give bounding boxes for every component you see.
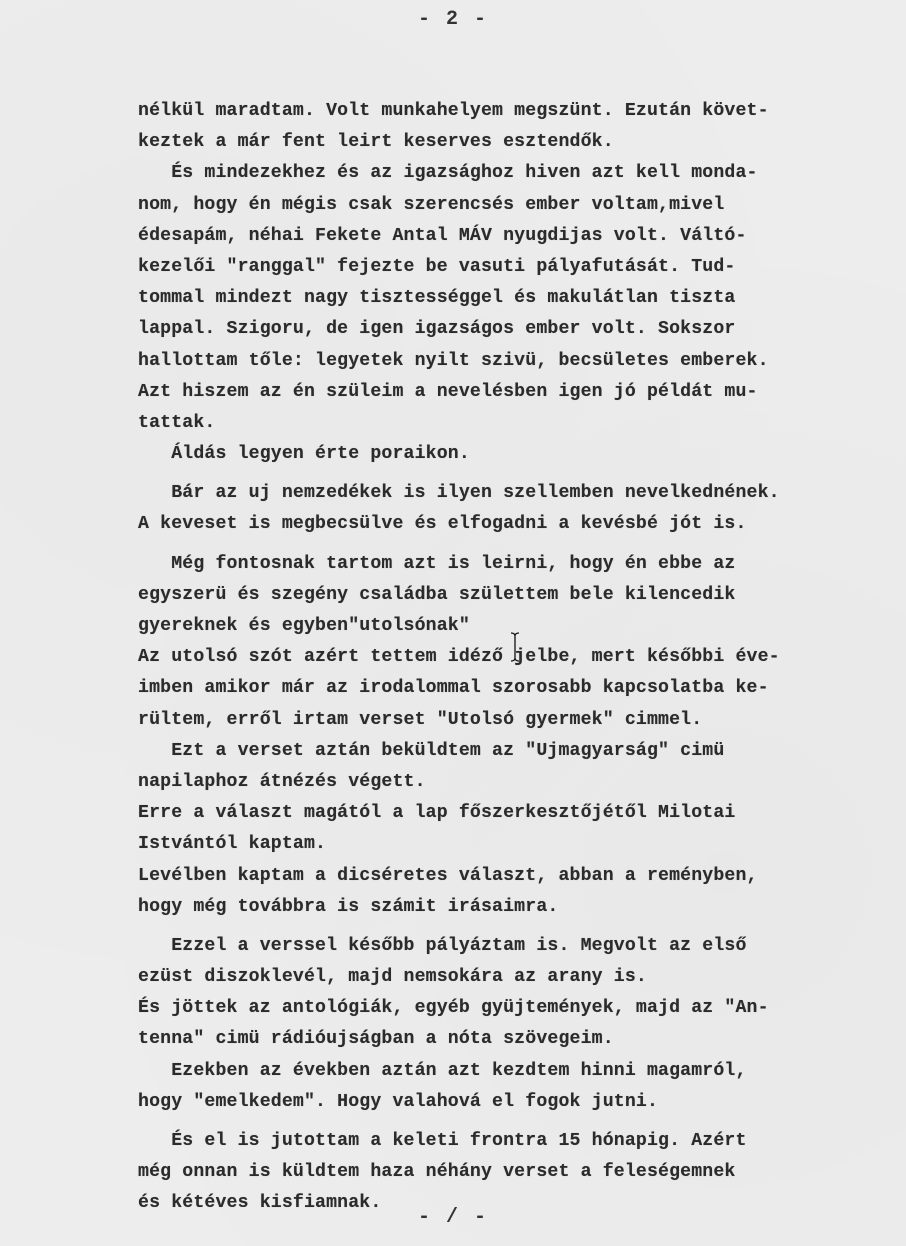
text-line: rültem, erről irtam verset "Utolsó gyerm… [138,705,858,736]
text-line: édesapám, néhai Fekete Antal MÁV nyugdij… [138,221,858,252]
text-line: hogy "emelkedem". Hogy valahová el fogok… [138,1087,858,1118]
text-line: Erre a választ magától a lap főszerkeszt… [138,798,858,829]
text-line: ezüst diszoklevél, majd nemsokára az ara… [138,962,858,993]
paragraph-gap [138,923,858,931]
text-line: Levélben kaptam a dicséretes választ, ab… [138,861,858,892]
text-line: És jöttek az antológiák, egyéb gyüjtemén… [138,993,858,1024]
text-line: lappal. Szigoru, de igen igazságos ember… [138,314,858,345]
page-footer-mark: - / - [0,1206,906,1229]
text-line: napilaphoz átnézés végett. [138,767,858,798]
paragraph-gap [138,1118,858,1126]
text-line: keztek a már fent leirt keserves esztend… [138,127,858,158]
paragraph-gap [138,541,858,549]
document-body[interactable]: nélkül maradtam. Volt munkahelyem megszü… [138,96,858,1220]
text-line: gyereknek és egyben"utolsónak" [138,611,858,642]
i-beam-cursor-icon [510,632,518,662]
text-line: kezelői "ranggal" fejezte be vasuti pály… [138,252,858,283]
text-line: Azt hiszem az én szüleim a nevelésben ig… [138,377,858,408]
text-line: Bár az uj nemzedékek is ilyen szellemben… [138,478,858,509]
text-line: A keveset is megbecsülve és elfogadni a … [138,509,858,540]
text-line: imben amikor már az irodalommal szorosab… [138,673,858,704]
text-line: tattak. [138,408,858,439]
text-line: tenna" cimü rádióujságban a nóta szövege… [138,1024,858,1055]
typewritten-page: - 2 - nélkül maradtam. Volt munkahelyem … [0,0,906,1246]
text-line: És el is jutottam a keleti frontra 15 hó… [138,1126,858,1157]
paragraph-gap [138,470,858,478]
text-line: Az utolsó szót azért tettem idéző jelbe,… [138,642,858,673]
text-line: tommal mindezt nagy tisztességgel és mak… [138,283,858,314]
text-line: Ezekben az években aztán azt kezdtem hin… [138,1056,858,1087]
text-line: Ezt a verset aztán beküldtem az "Ujmagya… [138,736,858,767]
text-line: Istvántól kaptam. [138,829,858,860]
text-line: Ezzel a verssel később pályáztam is. Meg… [138,931,858,962]
text-line: És mindezekhez és az igazsághoz hiven az… [138,158,858,189]
text-line: még onnan is küldtem haza néhány verset … [138,1157,858,1188]
page-header-number: - 2 - [0,8,906,31]
text-line: nom, hogy én mégis csak szerencsés ember… [138,190,858,221]
text-line: Áldás legyen érte poraikon. [138,439,858,470]
text-line: Még fontosnak tartom azt is leirni, hogy… [138,549,858,580]
text-line: hogy még továbbra is számit irásaimra. [138,892,858,923]
text-line: hallottam tőle: legyetek nyilt szivü, be… [138,346,858,377]
text-line: egyszerü és szegény családba születtem b… [138,580,858,611]
text-line: nélkül maradtam. Volt munkahelyem megszü… [138,96,858,127]
